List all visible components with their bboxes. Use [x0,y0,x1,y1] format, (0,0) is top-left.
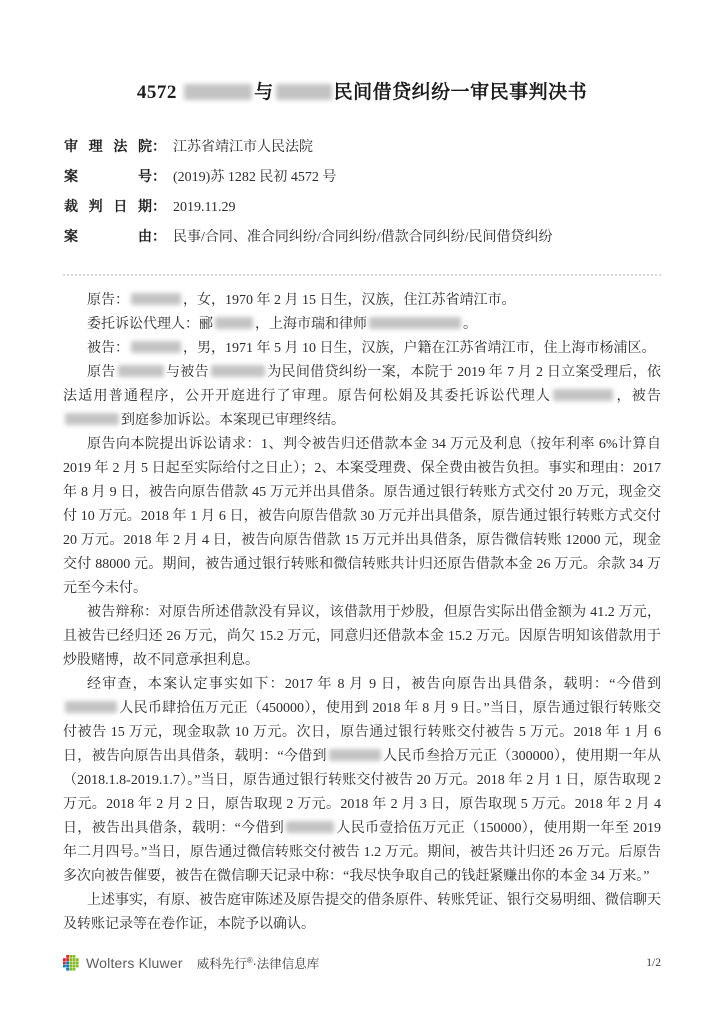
meta-label: 案号 [64,163,152,193]
meta-table: 审理法院：江苏省靖江市人民法院案号：(2019)苏 1282 民初 4572 号… [64,133,661,253]
redaction-blur [369,317,461,329]
product-suffix: ·法律信息库 [253,957,320,971]
text-run: ，上海市瑞和律师 [255,317,367,332]
document-page: 4572 与民间借贷纠纷一审民事判决书 审理法院：江苏省靖江市人民法院案号：(2… [0,0,724,1024]
text-run: ，男，1971 年 5 月 10 日生，汉族，户籍在江苏省靖江市，住上海市杨浦区… [183,341,656,356]
text-run: 委托诉讼代理人：郦 [87,317,213,332]
paragraph: 原告与被告为民间借贷纠纷一案，本院于 2019 年 7 月 2 日立案受理后，依… [63,361,661,433]
redaction-blur [276,84,332,100]
meta-value: 2019.11.29 [173,193,235,223]
redaction-blur [211,365,265,377]
text-run: ，女，1970 年 2 月 15 日生，汉族，住江苏省靖江市。 [183,293,516,308]
section-divider [63,274,661,276]
paragraph: 被告：，男，1971 年 5 月 10 日生，汉族，户籍在江苏省靖江市，住上海市… [63,337,661,361]
meta-value: (2019)苏 1282 民初 4572 号 [173,163,336,193]
document-body: 原告：，女，1970 年 2 月 15 日生，汉族，住江苏省靖江市。委托诉讼代理… [63,289,661,937]
text-run: 上述事实，有原、被告庭审陈述及原告提交的借条原件、转账凭证、银行交易明细、微信聊… [63,893,661,932]
document-content: 4572 与民间借贷纠纷一审民事判决书 审理法院：江苏省靖江市人民法院案号：(2… [0,0,724,937]
paragraph: 上述事实，有原、被告庭审陈述及原告提交的借条原件、转账凭证、银行交易明细、微信聊… [63,889,661,937]
text-run: 原告： [87,293,129,308]
paragraph: 原告向本院提出诉讼请求：1、判令被告归还借款本金 34 万元及利息（按年利率 6… [63,433,661,601]
meta-colon: ： [152,133,166,163]
redaction-blur [118,365,164,377]
redaction-blur [329,749,381,761]
redaction-blur [215,317,253,329]
redaction-blur [553,389,613,401]
meta-row: 裁判日期：2019.11.29 [64,193,661,223]
paragraph: 原告：，女，1970 年 2 月 15 日生，汉族，住江苏省靖江市。 [63,289,661,313]
redaction-blur [65,413,119,425]
redaction-blur [286,821,334,833]
text-run: 4572 [137,82,182,103]
meta-label: 裁判日期 [64,193,152,223]
text-run: 民间借贷纠纷一审民事判决书 [334,82,588,103]
wolters-kluwer-logo-icon [63,955,79,971]
meta-value: 江苏省靖江市人民法院 [173,133,313,163]
meta-colon: ： [152,163,166,193]
text-run: 与被告 [166,365,209,380]
meta-colon: ： [152,223,166,253]
text-run: 被告辩称：对原告所述借款没有异议，该借款用于炒股，但原告实际出借金额为 41.2… [63,605,661,668]
meta-label: 审理法院 [64,133,152,163]
meta-row: 案号：(2019)苏 1282 民初 4572 号 [64,163,661,193]
document-title: 4572 与民间借贷纠纷一审民事判决书 [63,80,661,106]
text-run: ，被告 [615,389,661,404]
text-run: 被告： [87,341,129,356]
text-run: 原告向本院提出诉讼请求：1、判令被告归还借款本金 34 万元及利息（按年利率 6… [63,437,661,596]
redaction-blur [131,293,181,305]
brand-name: Wolters Kluwer [86,955,183,971]
meta-row: 审理法院：江苏省靖江市人民法院 [64,133,661,163]
meta-label: 案由 [64,223,152,253]
footer: Wolters Kluwer 威科先行®·法律信息库 1/2 [63,954,661,972]
meta-row: 案由：民事/合同、准合同纠纷/合同纠纷/借款合同纠纷/民间借贷纠纷 [64,223,661,253]
meta-colon: ： [152,193,166,223]
page-number: 1/2 [646,957,661,969]
paragraph: 委托诉讼代理人：郦，上海市瑞和律师。 [63,313,661,337]
redaction-blur [65,701,117,713]
redaction-blur [131,341,181,353]
redaction-blur [184,84,252,100]
paragraph: 被告辩称：对原告所述借款没有异议，该借款用于炒股，但原告实际出借金额为 41.2… [63,601,661,673]
text-run: 与 [254,82,274,103]
text-run: 经审查，本案认定事实如下：2017 年 8 月 9 日，被告向原告出具借条，载明… [87,677,661,692]
product-title: 威科先行 [197,957,247,971]
text-run: 原告 [87,365,116,380]
text-run: 到庭参加诉讼。本案现已审理终结。 [121,413,345,428]
product-name: 威科先行®·法律信息库 [197,954,320,972]
meta-value: 民事/合同、准合同纠纷/合同纠纷/借款合同纠纷/民间借贷纠纷 [173,223,553,253]
text-run: 。 [463,317,477,332]
paragraph: 经审查，本案认定事实如下：2017 年 8 月 9 日，被告向原告出具借条，载明… [63,673,661,889]
